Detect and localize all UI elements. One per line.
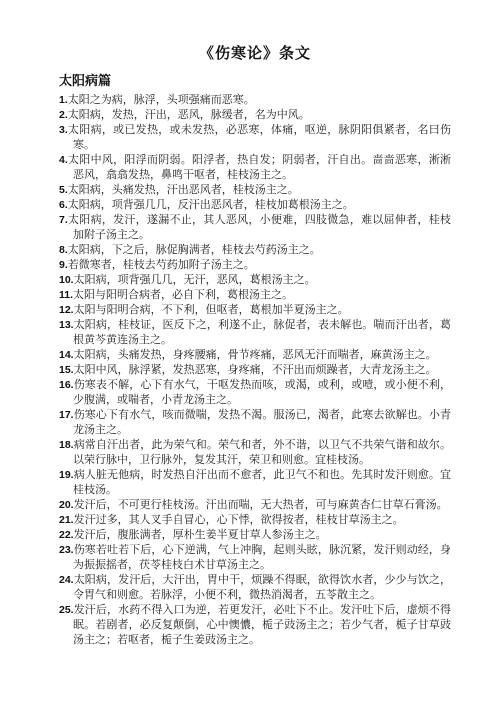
document-title: 《伤寒论》条文 xyxy=(59,42,451,63)
clause-text: 发汗后，腹胀满者，厚朴生姜半夏甘草人参汤主之。 xyxy=(74,529,327,541)
clause-number: 5. xyxy=(59,184,68,196)
clause-number: 8. xyxy=(59,244,68,256)
clause-number: 16. xyxy=(59,379,74,391)
clause-text: 太阳病，桂枝证，医反下之，利遂不止，脉促者，表未解也。喘而汗出者，葛根黄芩黄连汤… xyxy=(73,319,451,346)
clause-item: 11.太阳与阳明合病者，必自下利，葛根汤主之。 xyxy=(59,288,451,303)
clause-item: 23.伤寒若吐若下后，心下逆满，气上冲胸，起则头眩，脉沉紧，发汗则动经，身为振振… xyxy=(59,543,451,573)
clause-number: 3. xyxy=(59,124,68,136)
clause-text: 太阳病，头痛发热，汗出恶风者，桂枝汤主之。 xyxy=(68,184,299,196)
clause-item: 13.太阳病，桂枝证，医反下之，利遂不止，脉促者，表未解也。喘而汗出者，葛根黄芩… xyxy=(59,318,451,348)
document-page: 《伤寒论》条文 太阳病篇 1.太阳之为病，脉浮，头项强痛而恶寒。 2.太阳病，发… xyxy=(0,0,496,702)
clause-number: 11. xyxy=(59,289,73,301)
clause-number: 4. xyxy=(59,154,68,166)
clause-text: 伤寒若吐若下后，心下逆满，气上冲胸，起则头眩，脉沉紧，发汗则动经，身为振振摇者，… xyxy=(73,544,451,571)
section-heading: 太阳病篇 xyxy=(59,70,451,89)
clause-text: 发汗后，水药不得入口为逆，若更发汗，必吐下不止。发汗吐下后，虚烦不得眠。若剧者，… xyxy=(73,604,451,646)
clause-text: 病常自汗出者，此为荣气和。荣气和者，外不谐，以卫气不共荣气谐和故尔。以荣行脉中，… xyxy=(73,439,451,466)
clause-item: 8.太阳病，下之后，脉促胸满者，桂枝去芍药汤主之。 xyxy=(59,243,451,258)
clause-text: 太阳与阳明合病者，必自下利，葛根汤主之。 xyxy=(73,289,293,301)
clause-item: 16.伤寒表不解，心下有水气，干呕发热而咳，或渴，或利，或噎，或小便不利，少腹满… xyxy=(59,378,451,408)
clause-item: 20.发汗后，不可更行桂枝汤。汗出而喘，无大热者，可与麻黄杏仁甘草石膏汤。 xyxy=(59,498,451,513)
clause-item: 15.太阳中风，脉浮紧，发热恶寒，身疼痛，不汗出而烦躁者，大青龙汤主之。 xyxy=(59,363,451,378)
clause-number: 10. xyxy=(59,274,74,286)
clause-item: 19.病人脏无他病，时发热自汗出而不愈者，此卫气不和也。先其时发汗则愈。宜桂枝汤… xyxy=(59,468,451,498)
clause-text: 发汗过多，其人叉手自冒心，心下悸，欲得按者，桂枝甘草汤主之。 xyxy=(74,514,404,526)
clause-item: 4.太阳中风，阳浮而阴弱。阳浮者，热自发；阴弱者，汗自出。啬啬恶寒，淅淅恶风，翕… xyxy=(59,153,451,183)
clause-number: 25. xyxy=(59,604,74,616)
clause-item: 10.太阳病，项背强几几，无汗，恶风，葛根汤主之。 xyxy=(59,273,451,288)
clause-item: 22.发汗后，腹胀满者，厚朴生姜半夏甘草人参汤主之。 xyxy=(59,528,451,543)
clause-text: 伤寒心下有水气，咳而微喘，发热不渴。服汤已，渴者，此寒去欲解也。小青龙汤主之。 xyxy=(73,409,451,436)
clause-item: 14.太阳病，头痛发热，身疼腰痛，骨节疼痛，恶风无汗而喘者，麻黄汤主之。 xyxy=(59,348,451,363)
clause-item: 6.太阳病，项背强几几，反汗出恶风者，桂枝加葛根汤主之。 xyxy=(59,198,451,213)
clause-number: 7. xyxy=(59,214,68,226)
clause-text: 太阳病，发汗后，大汗出，胃中干，烦躁不得眠，欲得饮水者，少少与饮之，令胃气和则愈… xyxy=(73,574,451,601)
clause-number: 13. xyxy=(59,319,74,331)
clause-number: 23. xyxy=(59,544,74,556)
clause-text: 发汗后，不可更行桂枝汤。汗出而喘，无大热者，可与麻黄杏仁甘草石膏汤。 xyxy=(74,499,448,511)
clause-item: 2.太阳病，发热，汗出，恶风，脉缓者，名为中风。 xyxy=(59,108,451,123)
clause-text: 太阳病，头痛发热，身疼腰痛，骨节疼痛，恶风无汗而喘者，麻黄汤主之。 xyxy=(74,349,437,361)
clause-text: 伤寒表不解，心下有水气，干呕发热而咳，或渴，或利，或噎，或小便不利，少腹满，或喘… xyxy=(73,379,451,406)
clause-text: 太阳与阳明合病，不下利，但呕者，葛根加半夏汤主之。 xyxy=(74,304,349,316)
clause-item: 12.太阳与阳明合病，不下利，但呕者，葛根加半夏汤主之。 xyxy=(59,303,451,318)
clause-text: 太阳病，发热，汗出，恶风，脉缓者，名为中风。 xyxy=(68,109,310,121)
clause-number: 19. xyxy=(59,469,74,481)
clause-text: 太阳病，或已发热，或未发热，必恶寒，体痛，呕逆，脉阴阳俱紧者，名曰伤寒。 xyxy=(68,124,451,151)
clause-text: 太阳病，发汗，遂漏不止，其人恶风，小便难，四肢微急，难以屈伸者，桂枝加附子汤主之… xyxy=(68,214,451,241)
clause-item: 7.太阳病，发汗，遂漏不止，其人恶风，小便难，四肢微急，难以屈伸者，桂枝加附子汤… xyxy=(59,213,451,243)
clauses-list: 1.太阳之为病，脉浮，头项强痛而恶寒。 2.太阳病，发热，汗出，恶风，脉缓者，名… xyxy=(59,93,451,648)
clause-number: 12. xyxy=(59,304,74,316)
clause-number: 17. xyxy=(59,409,74,421)
clause-item: 25.发汗后，水药不得入口为逆，若更发汗，必吐下不止。发汗吐下后，虚烦不得眠。若… xyxy=(59,603,451,648)
clause-number: 21. xyxy=(59,514,74,526)
clause-text: 病人脏无他病，时发热自汗出而不愈者，此卫气不和也。先其时发汗则愈。宜桂枝汤。 xyxy=(73,469,451,496)
clause-item: 21.发汗过多，其人叉手自冒心，心下悸，欲得按者，桂枝甘草汤主之。 xyxy=(59,513,451,528)
clause-item: 9.若微寒者，桂枝去芍药加附子汤主之。 xyxy=(59,258,451,273)
clause-text: 太阳病，项背强几几，无汗，恶风，葛根汤主之。 xyxy=(74,274,316,286)
clause-item: 17.伤寒心下有水气，咳而微喘，发热不渴。服汤已，渴者，此寒去欲解也。小青龙汤主… xyxy=(59,408,451,438)
clause-number: 9. xyxy=(59,259,68,271)
clause-number: 1. xyxy=(59,94,68,106)
clause-item: 18.病常自汗出者，此为荣气和。荣气和者，外不谐，以卫气不共荣气谐和故尔。以荣行… xyxy=(59,438,451,468)
clause-number: 22. xyxy=(59,529,74,541)
clause-text: 太阳之为病，脉浮，头项强痛而恶寒。 xyxy=(68,94,255,106)
clause-item: 24.太阳病，发汗后，大汗出，胃中干，烦躁不得眠，欲得饮水者，少少与饮之，令胃气… xyxy=(59,573,451,603)
clause-number: 14. xyxy=(59,349,74,361)
clause-text: 太阳中风，脉浮紧，发热恶寒，身疼痛，不汗出而烦躁者，大青龙汤主之。 xyxy=(74,364,437,376)
clause-number: 20. xyxy=(59,499,74,511)
clause-text: 太阳病，项背强几几，反汗出恶风者，桂枝加葛根汤主之。 xyxy=(68,199,354,211)
clause-number: 18. xyxy=(59,439,74,451)
clause-item: 1.太阳之为病，脉浮，头项强痛而恶寒。 xyxy=(59,93,451,108)
clause-text: 太阳病，下之后，脉促胸满者，桂枝去芍药汤主之。 xyxy=(68,244,321,256)
clause-number: 15. xyxy=(59,364,74,376)
clause-item: 3.太阳病，或已发热，或未发热，必恶寒，体痛，呕逆，脉阴阳俱紧者，名曰伤寒。 xyxy=(59,123,451,153)
clause-number: 24. xyxy=(59,574,74,586)
clause-text: 若微寒者，桂枝去芍药加附子汤主之。 xyxy=(68,259,255,271)
clause-text: 太阳中风，阳浮而阴弱。阳浮者，热自发；阴弱者，汗自出。啬啬恶寒，淅淅恶风，翕翕发… xyxy=(68,154,451,181)
clause-number: 6. xyxy=(59,199,68,211)
clause-item: 5.太阳病，头痛发热，汗出恶风者，桂枝汤主之。 xyxy=(59,183,451,198)
clause-number: 2. xyxy=(59,109,68,121)
